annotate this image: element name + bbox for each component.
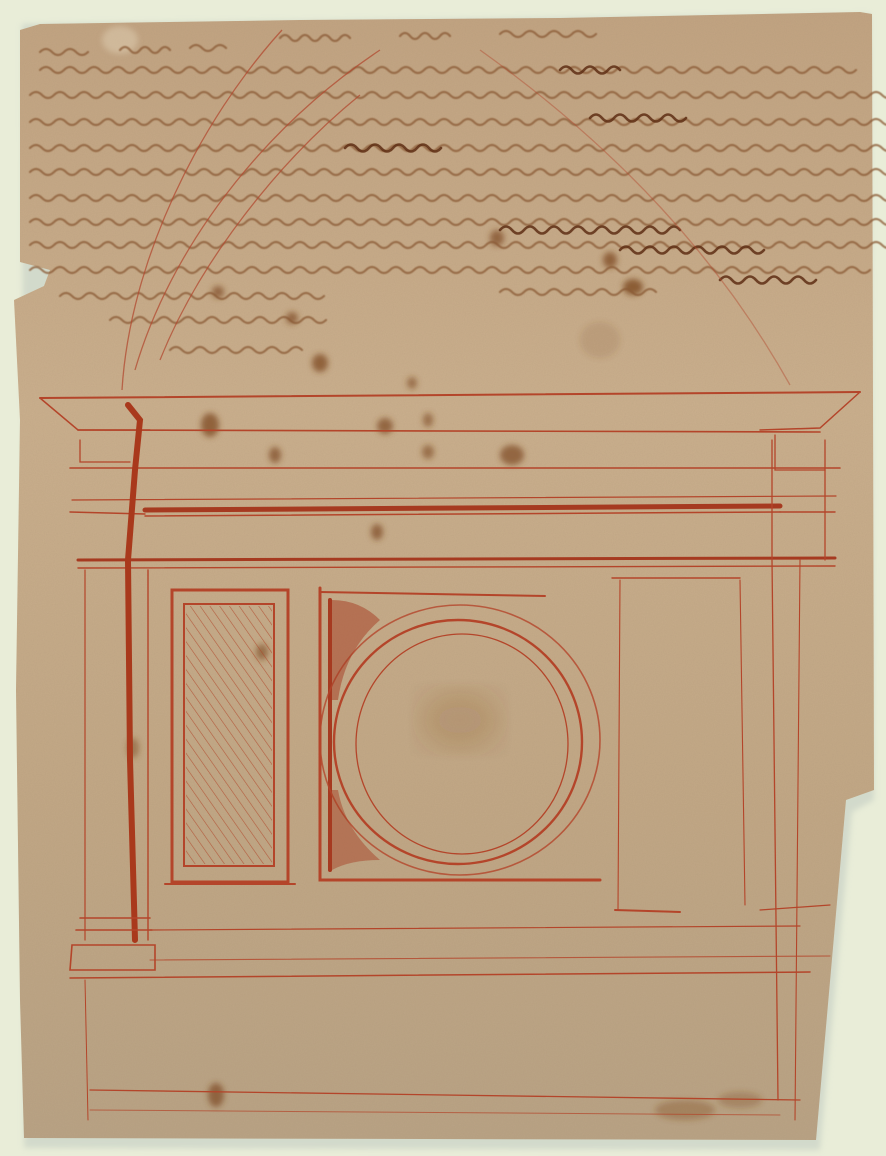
artwork: Architectural drawing of a wall elevatio… xyxy=(0,0,886,1156)
drawing-sheet xyxy=(0,0,886,1156)
